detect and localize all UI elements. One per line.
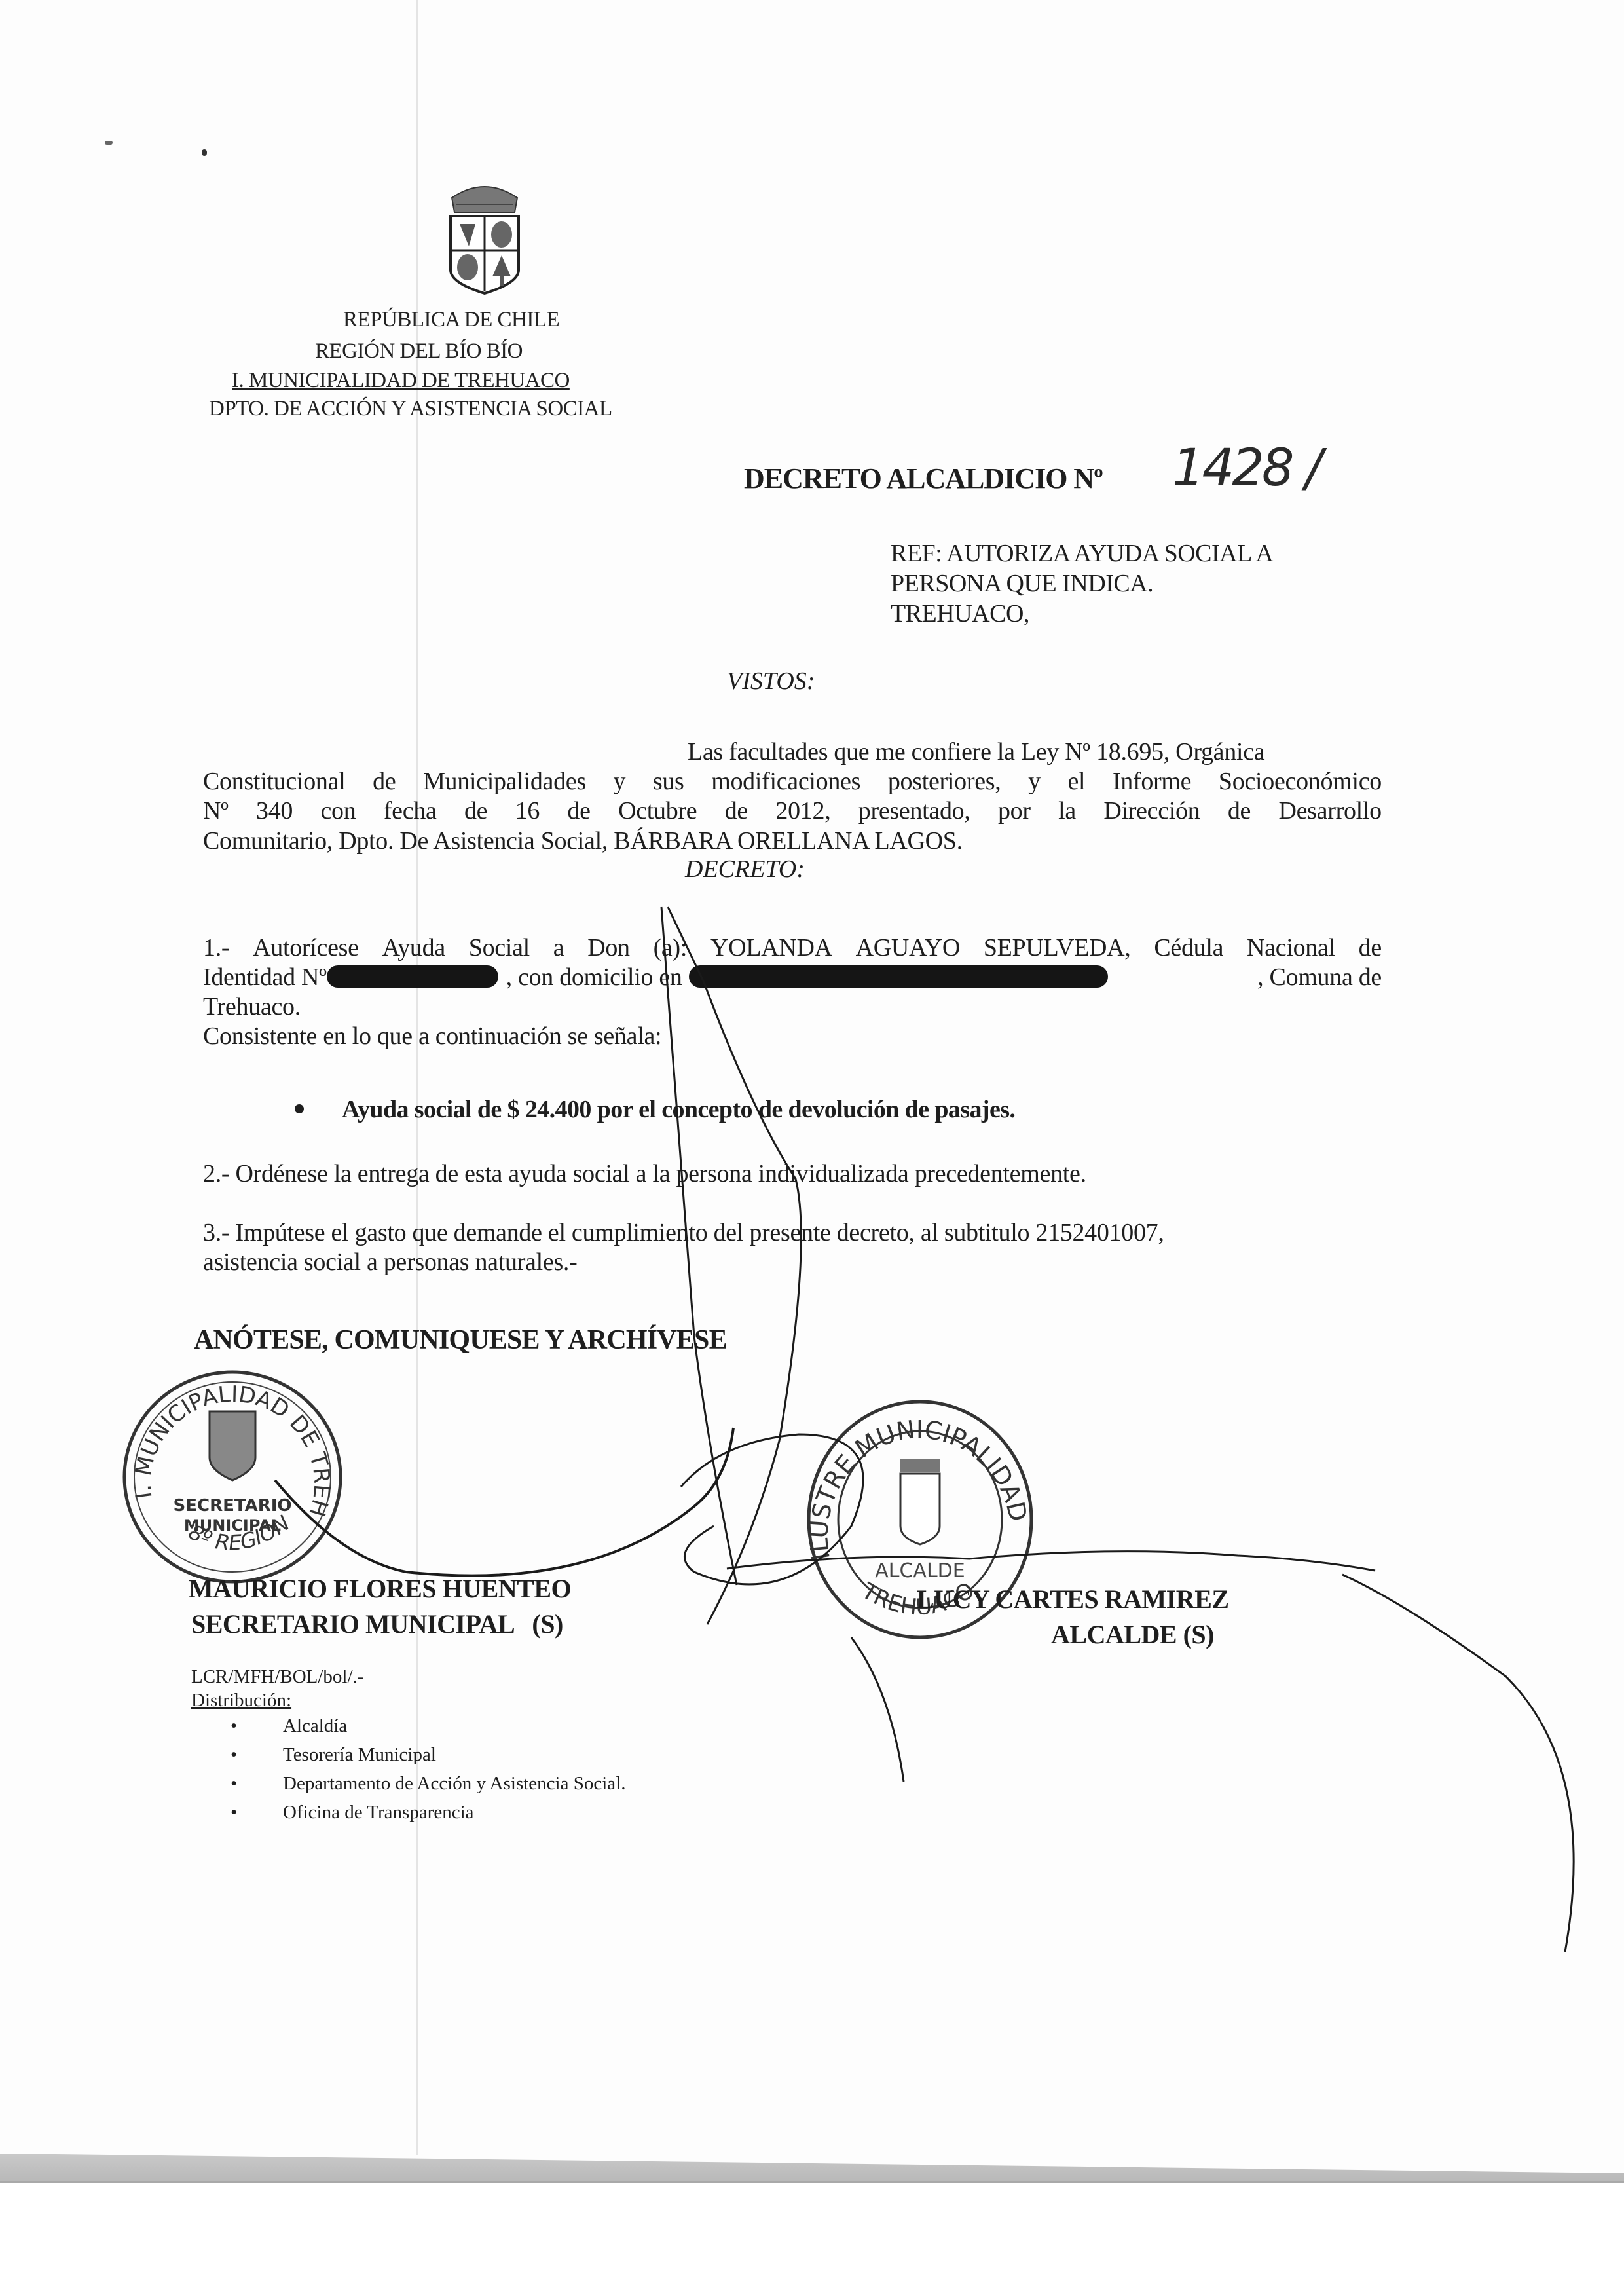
scan-speck bbox=[202, 149, 207, 156]
distribution-item: •Oficina de Transparencia bbox=[231, 1798, 625, 1827]
svg-text:ALCALDE: ALCALDE bbox=[875, 1559, 965, 1582]
letterhead-country: REPÚBLICA DE CHILE bbox=[343, 308, 559, 332]
closing-formula: ANÓTESE, COMUNIQUESE Y ARCHÍVESE bbox=[194, 1324, 727, 1356]
reference-line: TREHUACO, bbox=[891, 599, 1273, 629]
municipal-crest-icon bbox=[443, 178, 526, 296]
distribution-list: •Alcaldía •Tesorería Municipal •Departam… bbox=[231, 1711, 625, 1827]
scanned-decree-page: REPÚBLICA DE CHILE REGIÓN DEL BÍO BÍO I.… bbox=[0, 0, 1624, 2295]
letterhead-municipality: I. MUNICIPALIDAD DE TREHUACO bbox=[232, 369, 570, 393]
reference-line: PERSONA QUE INDICA. bbox=[891, 569, 1273, 599]
item3-line-2: asistencia social a personas naturales.- bbox=[203, 1248, 578, 1277]
item3-line-1: 3.- Impútese el gasto que demande el cum… bbox=[203, 1218, 1164, 1248]
distribution-label: Distribución: bbox=[191, 1690, 291, 1711]
distribution-item: •Alcaldía bbox=[231, 1711, 625, 1740]
secretary-title: SECRETARIO MUNICIPAL (S) bbox=[191, 1609, 563, 1639]
redacted-id-number bbox=[327, 965, 498, 988]
secretary-stamp-icon: I. MUNICIPALIDAD DE TREHUACO SECRETARIO … bbox=[118, 1366, 347, 1588]
reference-line: REF: AUTORIZA AYUDA SOCIAL A bbox=[891, 538, 1273, 569]
handwritten-signatures bbox=[0, 0, 1624, 2295]
vistos-line-1: Las facultades que me confiere la Ley Nº… bbox=[688, 737, 1264, 767]
item1-line-4: Consistente en lo que a continuación se … bbox=[203, 1022, 661, 1051]
typist-initials: LCR/MFH/BOL/bol/.- bbox=[191, 1666, 363, 1688]
letterhead-region: REGIÓN DEL BÍO BÍO bbox=[315, 339, 523, 364]
bullet-icon bbox=[295, 1104, 304, 1113]
vistos-line-4: Comunitario, Dpto. De Asistencia Social,… bbox=[203, 827, 963, 856]
reference-block: REF: AUTORIZA AYUDA SOCIAL A PERSONA QUE… bbox=[891, 538, 1273, 629]
item1-line-3: Trehuaco. bbox=[203, 992, 301, 1022]
vistos-line-2: ConstitucionaldeMunicipalidadesysusmodif… bbox=[203, 767, 1382, 796]
redacted-address bbox=[689, 965, 1108, 988]
distribution-item: •Departamento de Acción y Asistencia Soc… bbox=[231, 1769, 625, 1798]
svg-text:SECRETARIO: SECRETARIO bbox=[174, 1496, 292, 1516]
decree-title: DECRETO ALCALDICIO Nº bbox=[744, 462, 1103, 495]
aid-amount-line: Ayuda social de $ 24.400 por el concepto… bbox=[342, 1095, 1015, 1125]
item1-line-1: 1.-AutoríceseAyudaSocialaDon(a):YOLANDAA… bbox=[203, 933, 1382, 963]
vistos-line-3: Nº340confechade16deOctubrede2012,present… bbox=[203, 796, 1382, 826]
scanner-edge-band bbox=[0, 2154, 1624, 2182]
page-margin-bottom bbox=[0, 2183, 1624, 2295]
vistos-heading: VISTOS: bbox=[727, 667, 815, 696]
decree-number-handwritten: 1428 / bbox=[1172, 439, 1320, 498]
letterhead-department: DPTO. DE ACCIÓN Y ASISTENCIA SOCIAL bbox=[209, 397, 612, 421]
item1-line-2: Identidad Nº, con domicilio en, Comuna d… bbox=[203, 963, 1382, 992]
decreto-heading: DECRETO: bbox=[685, 855, 805, 884]
distribution-item: •Tesorería Municipal bbox=[231, 1740, 625, 1769]
scan-speck bbox=[105, 141, 113, 145]
item2-line: 2.- Ordénese la entrega de esta ayuda so… bbox=[203, 1159, 1086, 1189]
mayor-title: ALCALDE (S) bbox=[1051, 1619, 1214, 1650]
secretary-name: MAURICIO FLORES HUENTEO bbox=[189, 1573, 571, 1604]
mayor-name: LUCY CARTES RAMIREZ bbox=[917, 1584, 1229, 1614]
